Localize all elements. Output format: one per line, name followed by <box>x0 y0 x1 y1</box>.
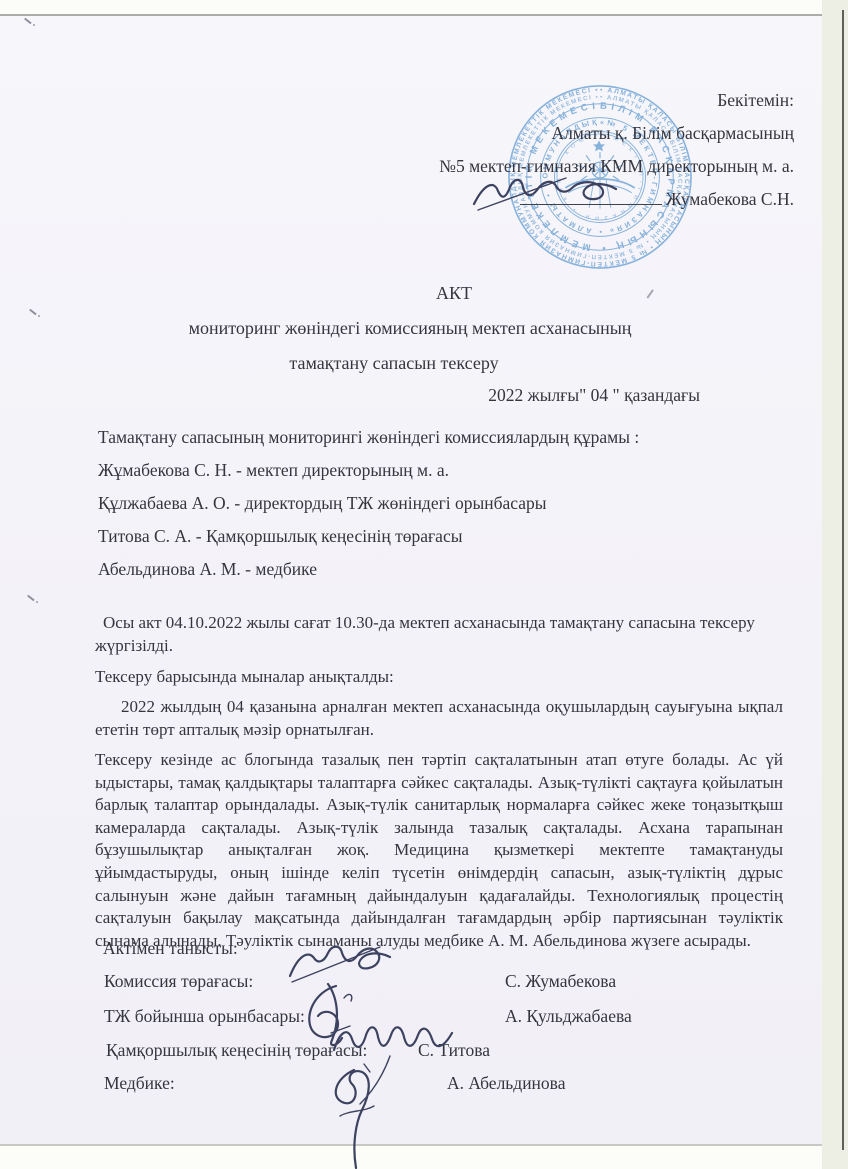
commission-member: Абельдинова А. М. - медбике <box>98 553 639 586</box>
commission-heading: Тамақтану сапасының мониторингі жөніндег… <box>98 421 639 454</box>
body-paragraph-1: Осы акт 04.10.2022 жылы сағат 10.30-да м… <box>95 612 783 657</box>
abeldinova-signature <box>318 1058 398 1169</box>
role-label: ТЖ бойынша орынбасары: <box>104 1006 305 1026</box>
scanned-document-page: • АЛМАТЫ ҚАЛАСЫ БІЛІМ БАСҚАРМАСЫНЫҢ • № … <box>0 0 848 1169</box>
commission-member: Титова С. А. - Қамқоршылық кеңесінің төр… <box>98 520 639 553</box>
commission-member: Жұмабекова С. Н. - мектеп директорының м… <box>98 454 639 487</box>
director-signature <box>468 172 628 216</box>
signatory-name: С. Жумабекова <box>505 971 616 992</box>
ack-row: Комиссия төрағасы: С. Жумабекова <box>104 971 724 992</box>
pen-mark <box>27 597 38 603</box>
act-subtitle-2: тамақтану сапасын тексеру <box>44 353 744 388</box>
pen-mark <box>645 293 655 295</box>
act-title: АКТ <box>104 283 804 318</box>
acknowledgement-heading: Актімен танысты: <box>103 938 238 959</box>
pen-mark <box>24 20 35 26</box>
approval-line-2: Алматы қ. Білім басқармасының <box>439 117 794 150</box>
role-label: Комиссия төрағасы: <box>104 971 253 991</box>
approval-signatory-name: Жумабекова С.Н. <box>666 189 794 209</box>
scanner-background <box>822 0 848 1169</box>
signatory-name: А. Қульджабаева <box>505 1006 632 1027</box>
commission-block: Тамақтану сапасының мониторингі жөніндег… <box>98 421 639 586</box>
act-date: 2022 жылғы" 04 " қазандағы <box>0 385 848 406</box>
body-paragraph-3: 2022 жылдың 04 қазанына арналған мектеп … <box>95 696 783 741</box>
pen-mark <box>29 311 40 317</box>
body-paragraph-2: Тексеру барысында мыналар анықталды: <box>95 666 783 689</box>
approval-line-1: Бекітемін: <box>439 84 794 117</box>
title-block: АКТ мониторинг жөніндегі комиссияның мек… <box>74 283 774 388</box>
body-paragraph-4: Тексеру кезінде ас блогында тазалық пен … <box>95 749 783 952</box>
act-subtitle-1: мониторинг жөніндегі комиссияның мектеп … <box>60 318 760 353</box>
paper-edge-shadow <box>842 10 844 1150</box>
signatory-name: А. Абельдинова <box>447 1073 565 1094</box>
commission-member: Құлжабаева А. О. - директордың ТЖ жөнінд… <box>98 487 639 520</box>
role-label: Медбике: <box>104 1073 175 1093</box>
